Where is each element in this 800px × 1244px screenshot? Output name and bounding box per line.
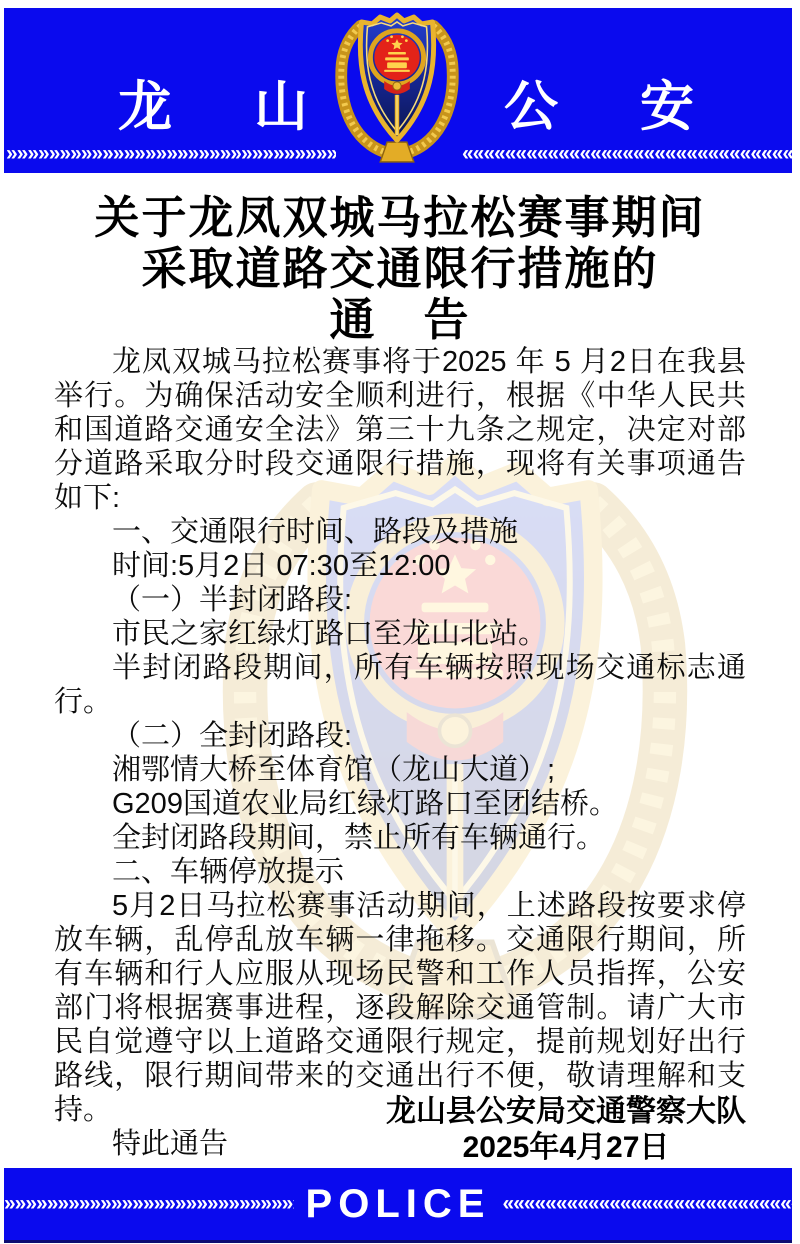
footer-chevrons-right: «««««««««««««««««««««««««««««««««««««««« (502, 1192, 792, 1216)
notice-paragraph: 龙凤双城马拉松赛事将于2025 年 5 月2日在我县举行。为确保活动安全顺利进行… (54, 345, 746, 515)
notice-paragraph: 一、交通限行时间、路段及措施 (54, 515, 746, 549)
notice-paragraph: （一）半封闭路段: (54, 583, 746, 617)
signature-block: 龙山县公安局交通警察大队 2025年4月27日 (386, 1094, 746, 1166)
signature-org: 龙山县公安局交通警察大队 (386, 1094, 746, 1130)
notice-title-line: 通 告 (30, 294, 770, 345)
footer-inner: »»»»»»»»»»»»»»»»»»»»»»»»»»»»»»»»»»»»»»»»… (4, 1168, 792, 1240)
notice-paragraph: （二）全封闭路段: (54, 719, 746, 753)
notice-paragraph: 二、车辆停放提示 (54, 855, 746, 889)
notice-paragraph: 时间:5月2日 07:30至12:00 (54, 549, 746, 583)
notice-title-line: 关于龙凤双城马拉松赛事期间 (30, 192, 770, 243)
notice-paragraph: 半封闭路段期间，所有车辆按照现场交通标志通行。 (54, 651, 746, 719)
footer-banner: »»»»»»»»»»»»»»»»»»»»»»»»»»»»»»»»»»»»»»»»… (4, 1168, 792, 1243)
notice-paragraph: 全封闭路段期间，禁止所有车辆通行。 (54, 821, 746, 855)
notice-body: 龙凤双城马拉松赛事将于2025 年 5 月2日在我县举行。为确保活动安全顺利进行… (54, 345, 746, 1161)
footer-chevrons-left: »»»»»»»»»»»»»»»»»»»»»»»»»»»»»»»»»»»»»»»» (4, 1192, 294, 1216)
notice-paragraph: G209国道农业局红绿灯路口至团结桥。 (54, 787, 746, 821)
notice-paragraph: 市民之家红绿灯路口至龙山北站。 (54, 617, 746, 651)
signature-date: 2025年4月27日 (386, 1130, 746, 1166)
notice-poster: 龙山 公安 »»»»»»»»»»»»»»»»»»»»»»»»»»»»»»»»»»… (0, 0, 800, 1244)
police-label: POLICE (306, 1184, 491, 1224)
header-title-right: 公安 (504, 80, 776, 134)
notice-paragraph: 湘鄂情大桥至体育馆（龙山大道）; (54, 753, 746, 787)
header-chevrons-right: «««««««««««««««««««««««««««««««««««««««« (462, 142, 792, 166)
notice-title-line: 采取道路交通限行措施的 (30, 243, 770, 294)
police-badge-icon (328, 6, 466, 164)
notice-title: 关于龙凤双城马拉松赛事期间 采取道路交通限行措施的 通 告 (30, 192, 770, 345)
notice-paragraph: 5月2日马拉松赛事活动期间，上述路段按要求停放车辆，乱停乱放车辆一律拖移。交通限… (54, 889, 746, 1127)
header-chevrons-left: »»»»»»»»»»»»»»»»»»»»»»»»»»»»»»»»»»»»»»»» (6, 142, 336, 166)
